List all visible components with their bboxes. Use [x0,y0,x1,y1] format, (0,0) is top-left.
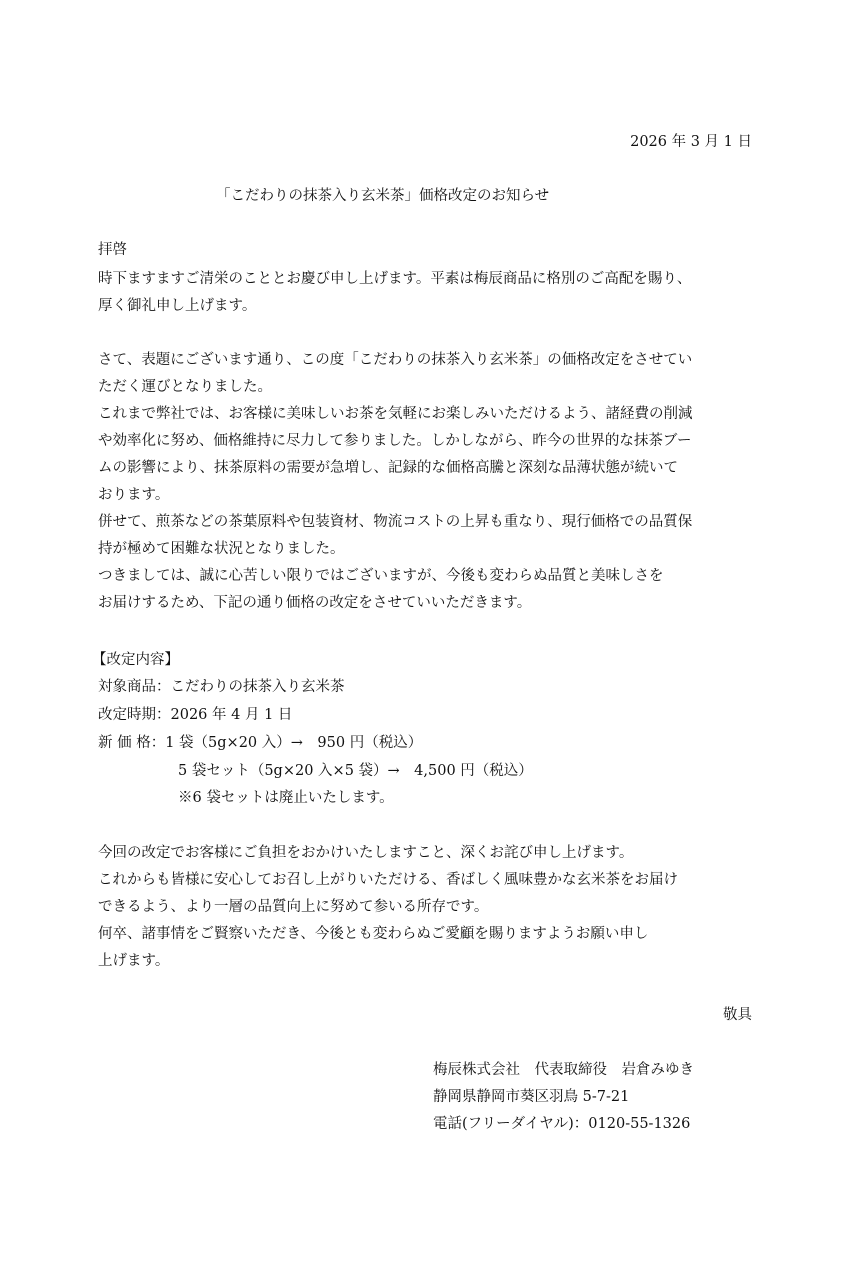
signature-company: 梅辰株式会社 代表取締役 岩倉みゆき [433,1058,694,1082]
body-line: ただく運びとなりました。 [98,375,272,399]
details-effective-date: 改定時期：2026 年 4 月 1 日 [98,703,292,727]
body-line: さて、表題にございます通り、この度「こだわりの抹茶入り玄米茶」の価格改定をさせて… [98,348,692,372]
complimentary-close: 敬具 [723,1003,752,1027]
body-line: 併せて、煎茶などの茶葉原料や包装資材、物流コストの上昇も重なり、現行価格での品質… [98,510,692,534]
letter-title: 「こだわりの抹茶入り玄米茶」価格改定のお知らせ [216,184,549,208]
body-line: お届けするため、下記の通り価格の改定をさせていいただきます。 [98,591,531,615]
closing-line: 何卒、諸事情をご賢察いただき、今後とも変わらぬご愛顧を賜りますようお願い申し [98,922,648,946]
details-price-line: 新 価 格：1 袋（5g×20 入）→ 950 円（税込） [98,731,422,755]
body-line: ムの影響により、抹茶原料の需要が急増し、記録的な価格高騰と深刻な品薄状態が続いて [98,456,678,480]
body-line: 持が極めて困難な状況となりました。 [98,537,345,561]
closing-line: これからも皆様に安心してお召し上がりいただける、香ばしく風味豊かな玄米茶をお届け [98,868,678,892]
body-line: や効率化に努め、価格維持に尽力して参りました。しかしながら、昨今の世界的な抹茶ブ… [98,429,691,453]
signature-address: 静岡県静岡市葵区羽鳥 5-7-21 [433,1085,629,1109]
signature-phone: 電話(フリーダイヤル)：0120-55-1326 [433,1112,690,1136]
body-line: おります。 [98,483,169,507]
greeting-line: 時下ますますご清栄のこととお慶び申し上げます。平素は梅辰商品に格別のご高配を賜り… [98,267,691,291]
closing-line: できるよう、より一層の品質向上に努めて参いる所存です。 [98,895,488,919]
details-heading: 【改定内容】 [92,648,179,672]
closing-line: 今回の改定でお客様にご負担をおかけいたしますこと、深くお詫び申し上げます。 [98,841,633,865]
body-line: これまで弊社では、お客様に美味しいお茶を気軽にお楽しみいただけるよう、諸経費の削… [98,402,693,426]
salutation: 拝啓 [98,238,127,262]
details-product: 対象商品：こだわりの抹茶入り玄米茶 [98,675,345,699]
date: 2026 年 3 月 1 日 [630,130,752,154]
details-price-line: 5 袋セット（5g×20 入×5 袋）→ 4,500 円（税込） [178,759,533,783]
details-note: ※6 袋セットは廃止いたします。 [178,786,394,810]
closing-line: 上げます。 [98,949,169,973]
greeting-line: 厚く御礼申し上げます。 [98,294,256,318]
body-line: つきましては、誠に心苦しい限りではございますが、今後も変わらぬ品質と美味しさを [98,564,664,588]
